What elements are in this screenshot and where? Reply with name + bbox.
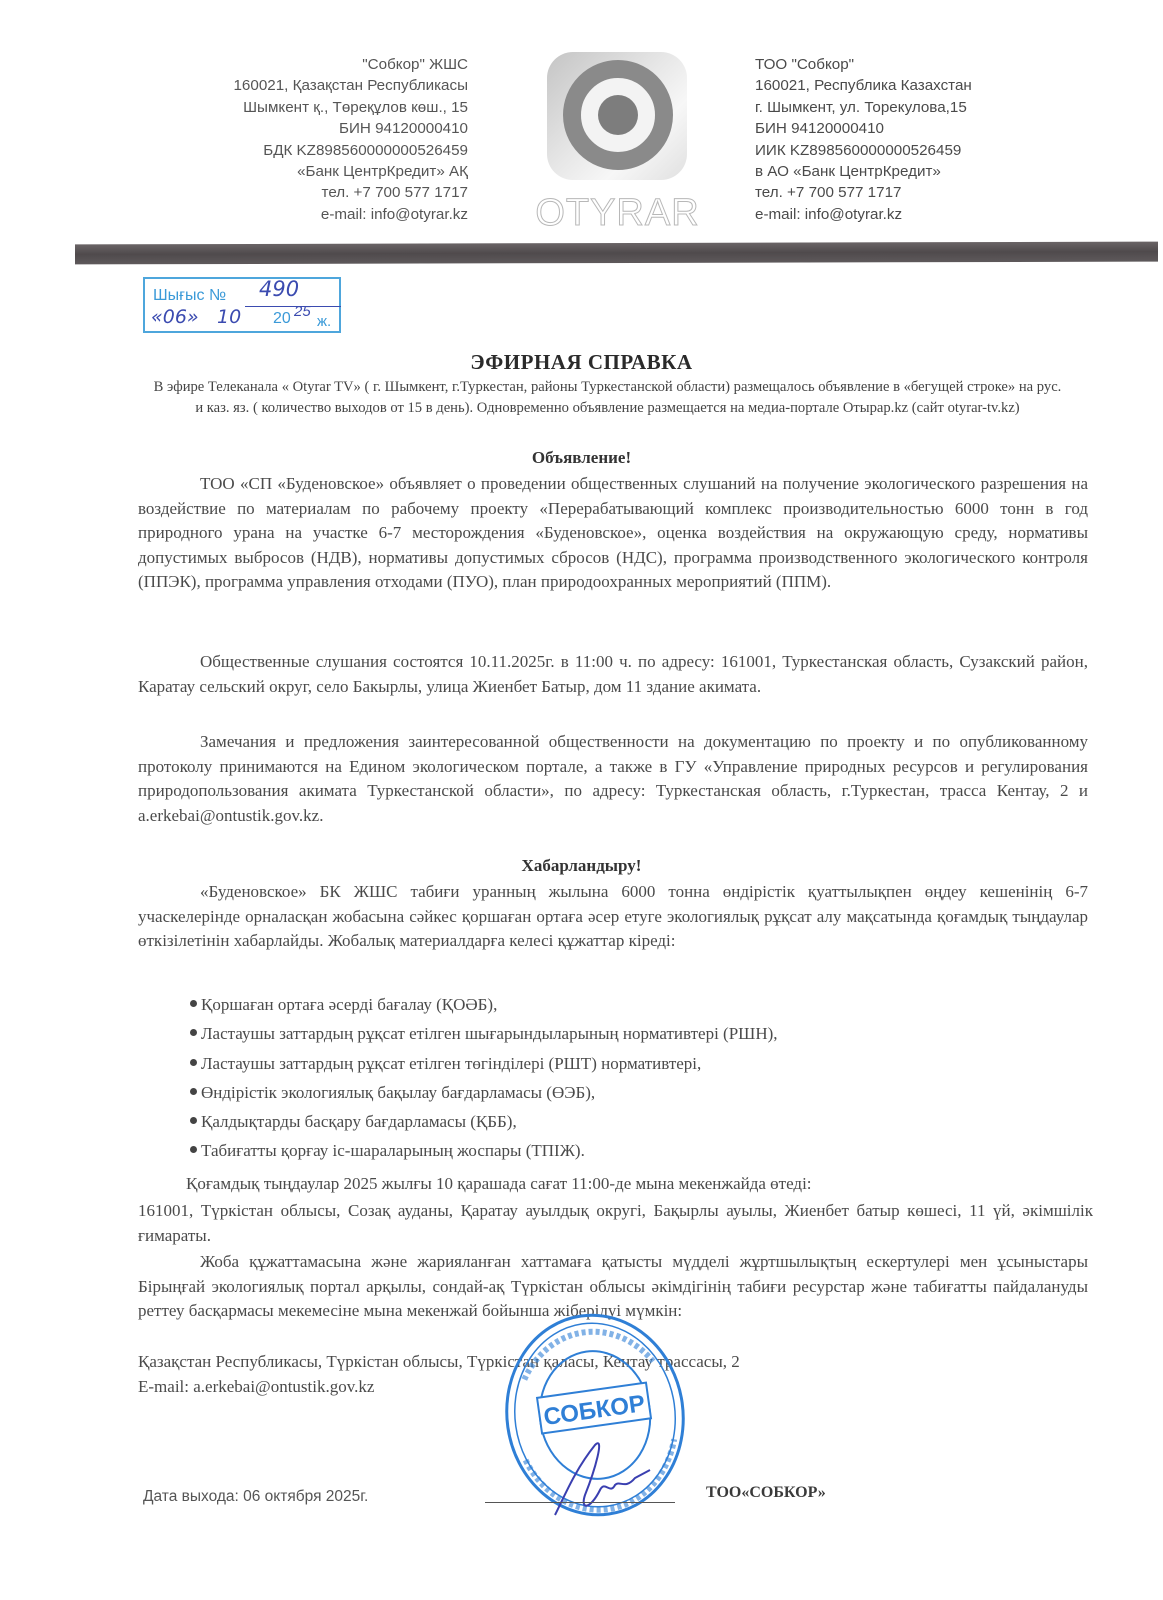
bullet-icon [190, 1059, 197, 1066]
letterhead-ru-line: БИН 94120000410 [755, 118, 1075, 139]
document-title: ЭФИРНАЯ СПРАВКА [0, 350, 1163, 375]
header-divider-band [75, 242, 1158, 265]
bullet-icon [190, 1000, 197, 1007]
letterhead-ru-line: г. Шымкент, ул. Торекулова,15 [755, 97, 1075, 118]
stamp-month: 10 [217, 306, 241, 328]
logo-dot-icon [598, 95, 638, 135]
signature-line [485, 1502, 675, 1503]
stamp-day: «06» [151, 306, 199, 328]
stamp-year-prefix: 20 [273, 310, 291, 328]
list-item: Өндірістік экологиялық бақылау бағдарлам… [190, 1078, 1090, 1107]
stamp-number: 490 [259, 277, 299, 301]
broadcast-intro: В эфире Телеканала « Otyrar TV» ( г. Шым… [150, 377, 1065, 418]
list-item: Қалдықтарды басқару бағдарламасы (ҚББ), [190, 1107, 1090, 1136]
list-item: Ластаушы заттардың рұқсат етілген төгінд… [190, 1049, 1090, 1078]
ru-heading: Объявление! [0, 448, 1163, 468]
ru-paragraph-2: Общественные слушания состоятся 10.11.20… [138, 650, 1088, 699]
letterhead-ru-line: 160021, Республика Казахстан [755, 75, 1075, 96]
bullet-icon [190, 1117, 197, 1124]
stamp-year-handwritten: 25 [294, 303, 311, 320]
letterhead-kz: "Собкор" ЖШС 160021, Қазақстан Республик… [150, 54, 468, 225]
ru-paragraph-1: ТОО «СП «Буденовское» объявляет о провед… [138, 472, 1088, 595]
list-item: Ластаушы заттардың рұқсат етілген шығары… [190, 1019, 1090, 1048]
letterhead-kz-line: "Собкор" ЖШС [150, 54, 468, 75]
letterhead-ru-line: e-mail: info@otyrar.kz [755, 204, 1075, 225]
bullet-icon [190, 1146, 197, 1153]
signing-organization: ТОО«СОБКОР» [706, 1484, 826, 1502]
letterhead-ru: ТОО "Собкор" 160021, Республика Казахста… [755, 54, 1075, 225]
letterhead-ru-line: ИИК KZ898560000000526459 [755, 140, 1075, 161]
letterhead-kz-line: Шымкент қ., Төреқұлов көш., 15 [150, 97, 468, 118]
release-date: Дата выхода: 06 октября 2025г. [143, 1488, 368, 1506]
kz-paragraph-1: «Буденовское» БК ЖШС табиғи уранның жылы… [138, 880, 1088, 954]
outgoing-registration-stamp: Шығыс № 490 «06» 10 20 25 ж. [143, 277, 341, 333]
letterhead-kz-line: БИН 94120000410 [150, 118, 468, 139]
list-item: Табиғатты қорғау іс-шараларының жоспары … [190, 1136, 1090, 1165]
stamp-suffix: ж. [317, 313, 331, 330]
stamp-label: Шығыс № [153, 287, 226, 305]
kz-document-list: Қоршаған ортаға әсерді бағалау (ҚОӘБ), Л… [190, 990, 1090, 1166]
ru-paragraph-3: Замечания и предложения заинтересованной… [138, 730, 1088, 828]
letterhead-kz-line: «Банк ЦентрКредит» АҚ [150, 161, 468, 182]
letterhead-kz-line: БДК KZ898560000000526459 [150, 140, 468, 161]
list-item: Қоршаған ортаға әсерді бағалау (ҚОӘБ), [190, 990, 1090, 1019]
bullet-icon [190, 1029, 197, 1036]
logo-text: OTYRAR [535, 192, 700, 235]
letterhead-kz-line: тел. +7 700 577 1717 [150, 182, 468, 203]
letterhead-ru-line: ТОО "Собкор" [755, 54, 1075, 75]
signature [535, 1440, 665, 1520]
kz-paragraph-3: 161001, Түркістан облысы, Созақ ауданы, … [138, 1199, 1093, 1248]
stamp-underline [245, 306, 341, 307]
letterhead-kz-line: e-mail: info@otyrar.kz [150, 204, 468, 225]
letterhead-ru-line: тел. +7 700 577 1717 [755, 182, 1075, 203]
otyrar-logo: OTYRAR [535, 48, 700, 238]
kz-heading: Хабарландыру! [0, 856, 1163, 876]
letterhead-kz-line: 160021, Қазақстан Республикасы [150, 75, 468, 96]
bullet-icon [190, 1088, 197, 1095]
letterhead-ru-line: в АО «Банк ЦентрКредит» [755, 161, 1075, 182]
kz-paragraph-2: Қоғамдық тыңдаулар 2025 жылғы 10 қарашад… [138, 1172, 1088, 1197]
